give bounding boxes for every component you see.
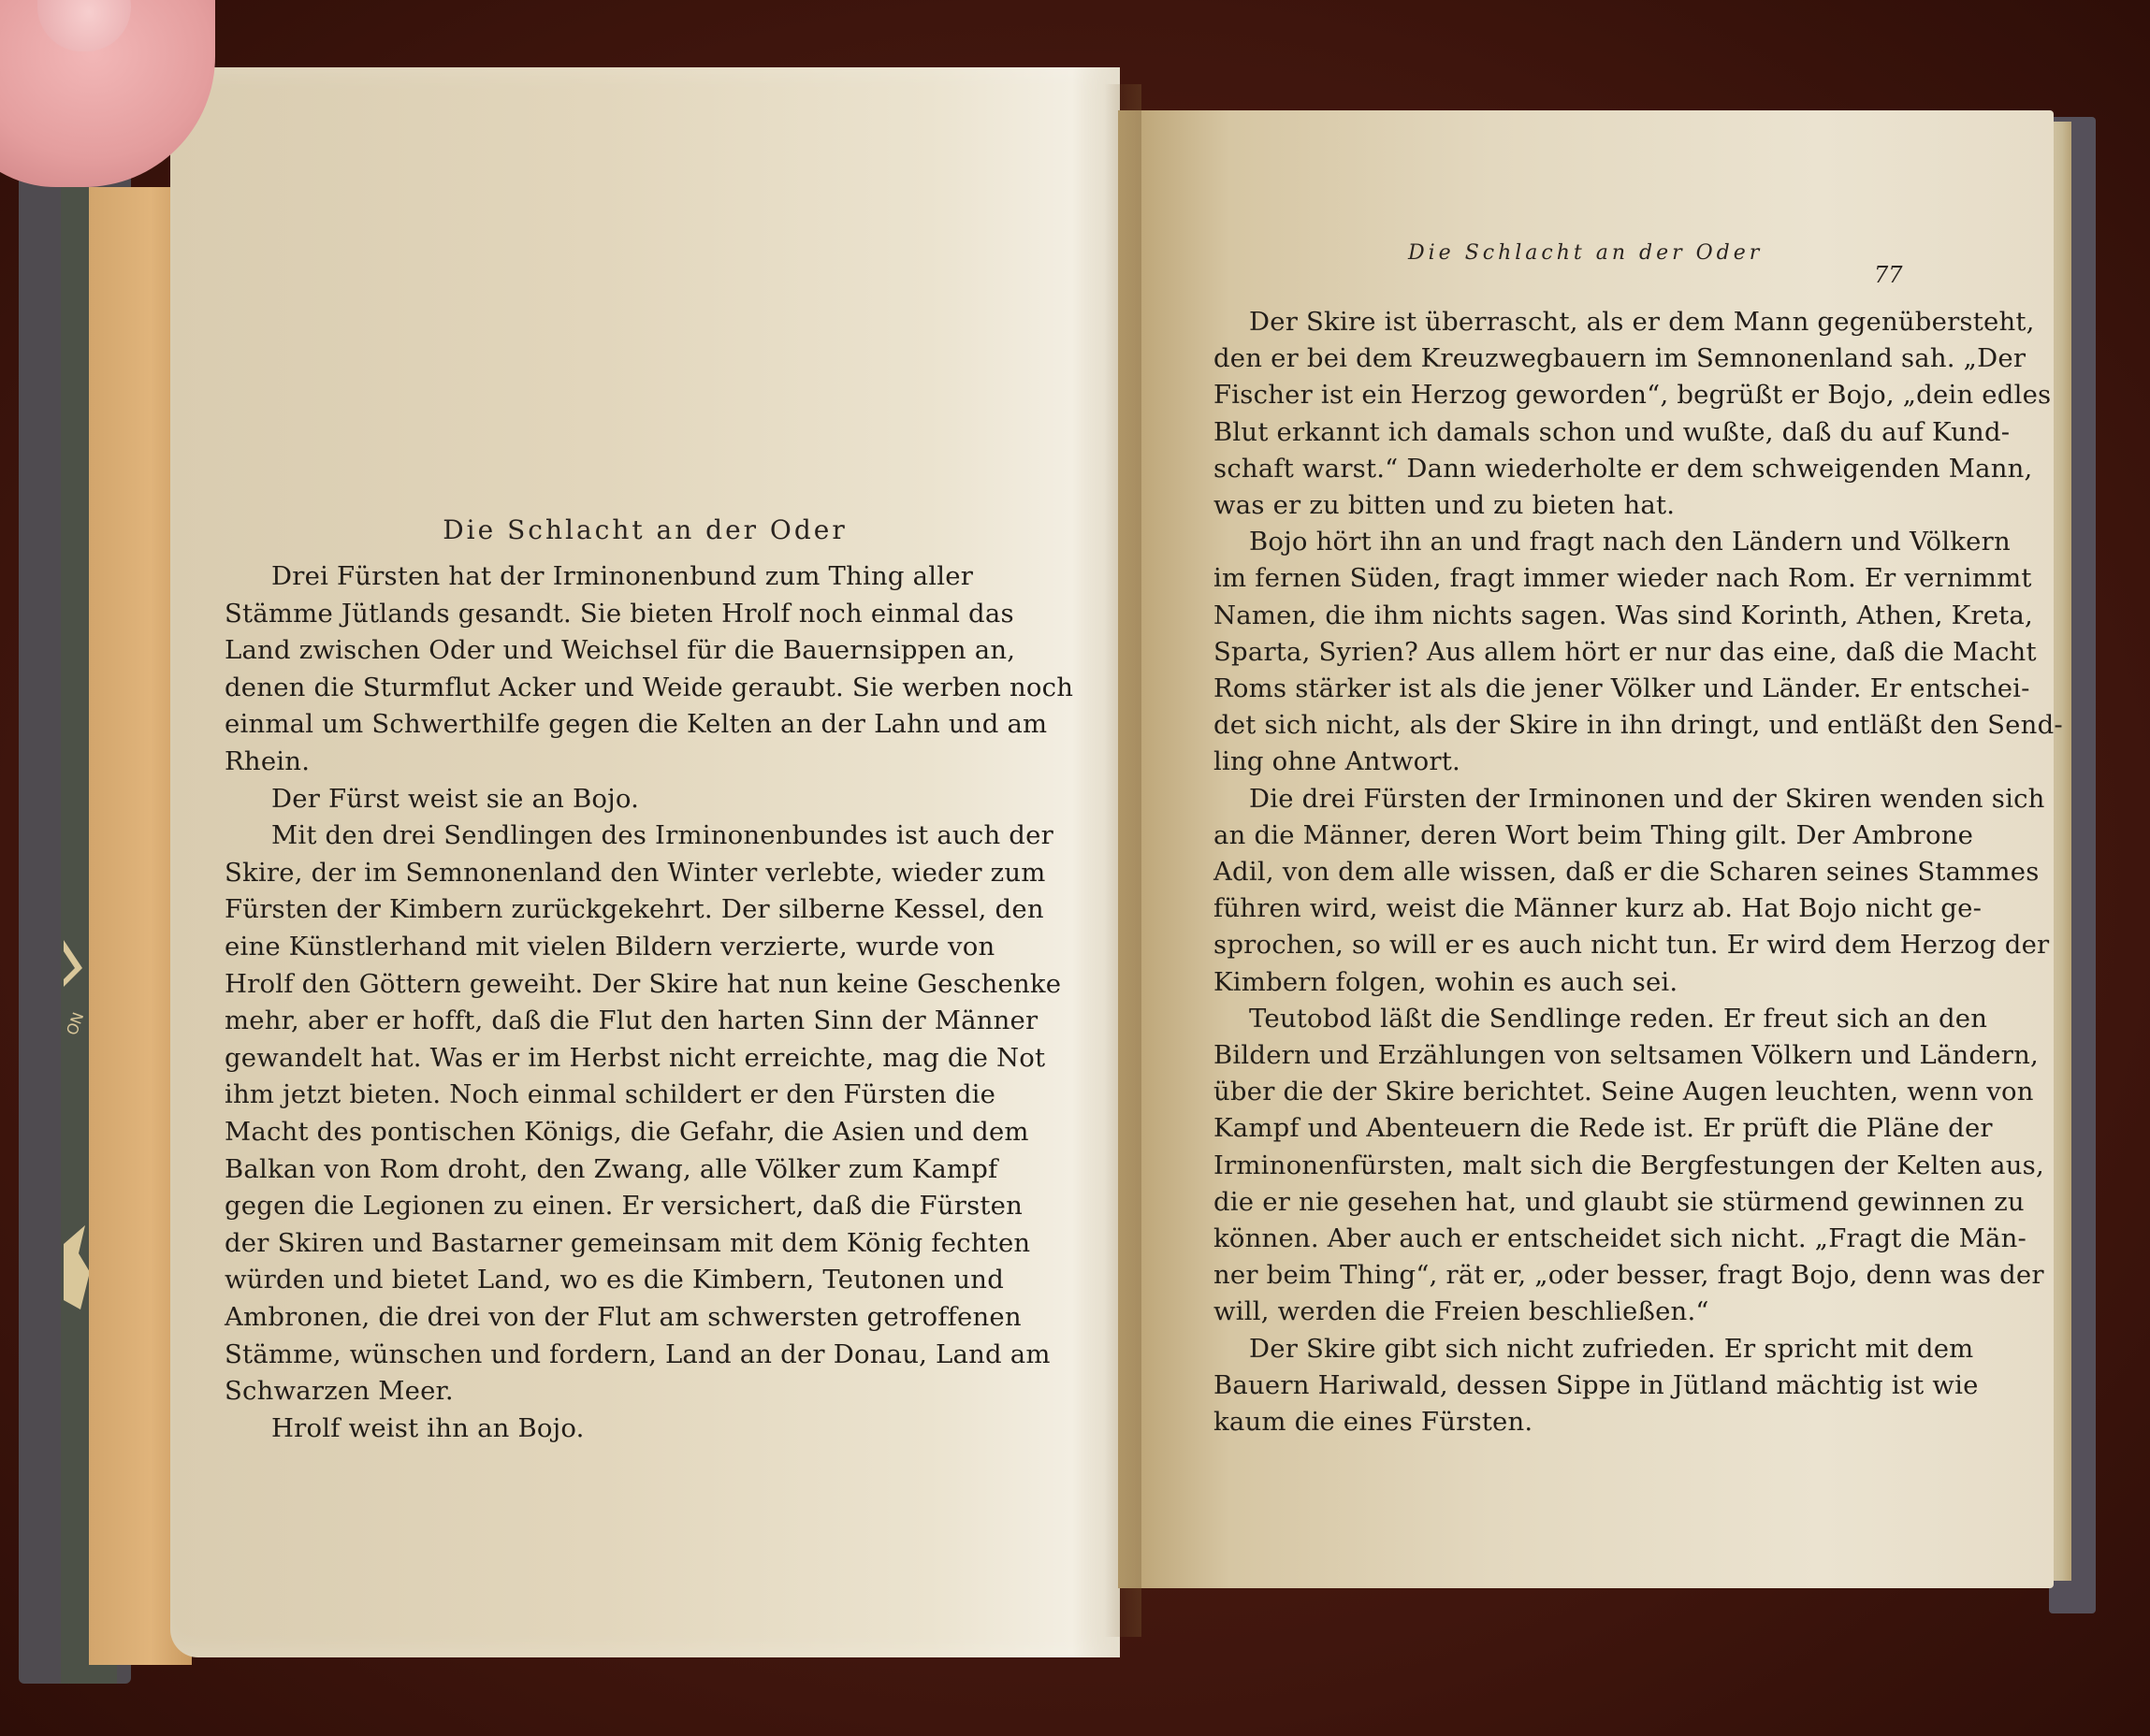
- page-number: 77: [1874, 262, 1903, 288]
- text-line: würden und bietet Land, wo es die Kimber…: [225, 1265, 1004, 1295]
- text-line: ihm jetzt bieten. Noch einmal schildert …: [225, 1079, 995, 1109]
- text-line: im fernen Süden, fragt immer wieder nach…: [1213, 563, 2032, 593]
- text-line: Adil, von dem alle wissen, daß er die Sc…: [1213, 857, 2040, 887]
- book-gutter: [1104, 84, 1141, 1637]
- text-line: Schwarzen Meer.: [225, 1376, 454, 1406]
- text-line: Mit den drei Sendlingen des Irminonenbun…: [271, 820, 1053, 850]
- text-line: denen die Sturmflut Acker und Weide gera…: [225, 673, 1073, 702]
- text-line: Der Skire gibt sich nicht zufrieden. Er …: [1249, 1334, 1973, 1364]
- text-line: Macht des pontischen Königs, die Gefahr,…: [225, 1117, 1029, 1147]
- text-line: Teutobod läßt die Sendlinge reden. Er fr…: [1249, 1004, 1987, 1034]
- text-line: Blut erkannt ich damals schon und wußte,…: [1213, 417, 2010, 447]
- text-line: der Skiren und Bastarner gemeinsam mit d…: [225, 1228, 1030, 1258]
- text-line: Roms stärker ist als die jener Völker un…: [1213, 673, 2030, 703]
- text-line: Skire, der im Semnonenland den Winter ve…: [225, 858, 1046, 888]
- text-line: Bildern und Erzählungen von seltsamen Vö…: [1213, 1040, 2039, 1070]
- text-line: an die Männer, deren Wort beim Thing gil…: [1213, 820, 1973, 850]
- text-line: Bojo hört ihn an und fragt nach den Länd…: [1249, 527, 2011, 557]
- text-line: eine Künstlerhand mit vielen Bildern ver…: [225, 932, 995, 962]
- running-head: Die Schlacht an der Oder: [1408, 241, 1763, 265]
- text-line: über die der Skire berichtet. Seine Auge…: [1213, 1077, 2034, 1107]
- text-line: Kampf und Abenteuern die Rede ist. Er pr…: [1213, 1113, 1993, 1143]
- right-page: Die Schlacht an der Oder 77 Der Skire is…: [1118, 110, 2054, 1588]
- text-line: können. Aber auch er entscheidet sich ni…: [1213, 1223, 2027, 1253]
- text-line: Fürsten der Kimbern zurückgekehrt. Der s…: [225, 894, 1044, 924]
- text-line: det sich nicht, als der Skire in ihn dri…: [1213, 710, 2063, 740]
- text-line: Der Skire ist überrascht, als er dem Man…: [1249, 307, 2035, 337]
- text-line: ling ohne Antwort.: [1213, 746, 1460, 776]
- text-line: sprochen, so will er es auch nicht tun. …: [1213, 930, 2049, 960]
- text-line: Balkan von Rom droht, den Zwang, alle Vö…: [225, 1154, 997, 1184]
- text-line: führen wird, weist die Männer kurz ab. H…: [1213, 893, 1982, 923]
- text-line: Irminonenfürsten, malt sich die Bergfest…: [1213, 1150, 2044, 1180]
- text-line: den er bei dem Kreuzwegbauern im Semnone…: [1213, 343, 2026, 373]
- chapter-title: Die Schlacht an der Oder: [170, 514, 1120, 545]
- text-line: Stämme Jütlands gesandt. Sie bieten Hrol…: [225, 599, 1014, 629]
- text-line: Sparta, Syrien? Aus allem hört er nur da…: [1213, 637, 2037, 667]
- text-line: Land zwischen Oder und Weichsel für die …: [225, 635, 1015, 665]
- left-page: Die Schlacht an der Oder Drei Fürsten ha…: [170, 67, 1120, 1657]
- text-line: was er zu bitten und zu bieten hat.: [1213, 490, 1675, 520]
- text-line: gegen die Legionen zu einen. Er versiche…: [225, 1191, 1023, 1221]
- text-line: Fischer ist ein Herzog geworden“, begrüß…: [1213, 380, 2051, 410]
- text-line: Drei Fürsten hat der Irminonenbund zum T…: [271, 561, 973, 591]
- text-line: die er nie gesehen hat, und glaubt sie s…: [1213, 1187, 2025, 1217]
- text-line: einmal um Schwerthilfe gegen die Kelten …: [225, 709, 1047, 739]
- text-line: Der Fürst weist sie an Bojo.: [271, 784, 639, 814]
- text-line: will, werden die Freien beschließen.“: [1213, 1296, 1709, 1326]
- text-line: Kimbern folgen, wohin es auch sei.: [1213, 967, 1678, 997]
- thumbnail: [37, 0, 131, 51]
- text-line: Rhein.: [225, 746, 310, 776]
- text-line: Namen, die ihm nichts sagen. Was sind Ko…: [1213, 600, 2033, 630]
- text-line: mehr, aber er hofft, daß die Flut den ha…: [225, 1005, 1038, 1035]
- text-line: ner beim Thing“, rät er, „oder besser, f…: [1213, 1260, 2044, 1290]
- text-line: Hrolf weist ihn an Bojo.: [271, 1413, 585, 1443]
- text-line: Ambronen, die drei von der Flut am schwe…: [225, 1302, 1022, 1332]
- text-line: schaft warst.“ Dann wiederholte er dem s…: [1213, 454, 2032, 484]
- text-line: Die drei Fürsten der Irminonen und der S…: [1249, 784, 2045, 814]
- text-line: Bauern Hariwald, dessen Sippe in Jütland…: [1213, 1370, 1979, 1400]
- text-line: kaum die eines Fürsten.: [1213, 1407, 1533, 1437]
- text-line: Hrolf den Göttern geweiht. Der Skire hat…: [225, 969, 1061, 999]
- text-line: Stämme, wünschen und fordern, Land an de…: [225, 1339, 1051, 1369]
- text-line: gewandelt hat. Was er im Herbst nicht er…: [225, 1043, 1045, 1073]
